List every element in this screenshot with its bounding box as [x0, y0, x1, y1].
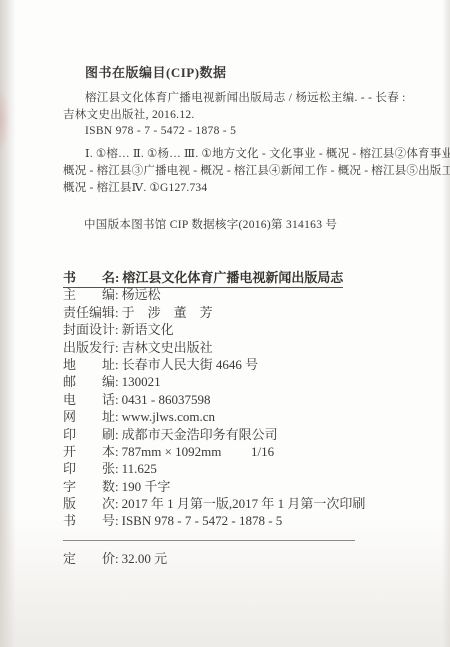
cip-classification-line: 概况 - 榕江县Ⅳ. ①G127.734 — [63, 180, 450, 197]
row-label: 书名 — [63, 269, 115, 286]
row-colon: : — [115, 322, 119, 337]
row-label: 印张 — [63, 460, 115, 477]
row-label: 封面设计 — [63, 321, 115, 338]
scan-artifact — [0, 85, 10, 155]
row-format-fraction: 1/16 — [251, 443, 274, 460]
cip-record-line: 榕江县文化体育广播电视新闻出版局志 / 杨远松主编. - - 长春 : — [63, 90, 406, 107]
colophon-row-editor: 主编:杨远松 — [63, 286, 365, 303]
row-label: 版次 — [63, 495, 115, 512]
colophon-row-price: 定价:32.00 元 — [63, 550, 167, 567]
row-label: 责任编辑 — [63, 304, 115, 321]
row-label: 地址 — [63, 356, 115, 373]
book-title-value: 榕江县文化体育广播电视新闻出版局志 — [122, 270, 343, 285]
cip-classification: Ⅰ. ①榕… Ⅱ. ①杨… Ⅲ. ①地方文化 - 文化事业 - 概况 - 榕江县… — [63, 146, 450, 198]
row-colon: : — [115, 392, 119, 407]
row-colon: : — [115, 461, 119, 476]
row-value: www.jlws.com.cn — [122, 409, 215, 424]
row-label: 网址 — [63, 408, 115, 425]
colophon-row-wordcount: 字数:190 千字 — [63, 478, 365, 495]
colophon-row-book-title: 书名:榕江县文化体育广播电视新闻出版局志 — [63, 269, 365, 286]
scan-shadow-bottom — [0, 517, 450, 647]
row-colon: : — [115, 287, 119, 302]
row-colon: : — [115, 444, 119, 459]
cip-registry-note: 中国版本图书馆 CIP 数据核字(2016)第 314163 号 — [84, 216, 337, 232]
colophon-row-format: 开本:787mm × 1092mm1/16 — [63, 443, 365, 460]
row-label: 电话 — [63, 391, 115, 408]
row-colon: : — [115, 551, 119, 566]
colophon-row-phone: 电话:0431 - 86037598 — [63, 391, 365, 408]
row-label: 字数 — [63, 478, 115, 495]
row-label: 印刷 — [63, 426, 115, 443]
row-label: 主编 — [63, 286, 115, 303]
row-colon: : — [115, 270, 119, 285]
colophon-row-publisher: 出版发行:吉林文史出版社 — [63, 339, 365, 356]
row-label: 定价 — [63, 550, 115, 567]
row-value: 787mm × 1092mm — [122, 444, 222, 459]
colophon-row-address: 地址:长春市人民大街 4646 号 — [63, 356, 365, 373]
price-divider-line — [63, 540, 355, 541]
cip-isbn-line: ISBN 978 - 7 - 5472 - 1878 - 5 — [63, 123, 406, 140]
row-value: 32.00 元 — [122, 551, 168, 566]
cip-heading: 图书在版编目(CIP)数据 — [85, 62, 227, 81]
row-value: 吉林文史出版社 — [122, 340, 213, 355]
row-value: 成都市天金浩印务有限公司 — [122, 427, 278, 442]
colophon-row-printer: 印刷:成都市天金浩印务有限公司 — [63, 426, 365, 443]
row-colon: : — [115, 513, 119, 528]
row-label: 开本 — [63, 443, 115, 460]
colophon-row-postcode: 邮编:130021 — [63, 373, 365, 390]
row-value: 0431 - 86037598 — [122, 392, 211, 407]
colophon-row-edition: 版次:2017 年 1 月第一版,2017 年 1 月第一次印刷 — [63, 495, 365, 512]
cip-classification-line: 概况 - 榕江县③广播电视 - 概况 - 榕江县④新闻工作 - 概况 - 榕江县… — [63, 163, 450, 180]
row-colon: : — [115, 340, 119, 355]
row-value: 130021 — [122, 374, 161, 389]
row-colon: : — [115, 357, 119, 372]
colophon-row-responsible-editors: 责任编辑:于 涉 董 芳 — [63, 304, 365, 321]
row-value: ISBN 978 - 7 - 5472 - 1878 - 5 — [122, 513, 283, 528]
row-value: 2017 年 1 月第一版,2017 年 1 月第一次印刷 — [122, 496, 366, 511]
row-value: 11.625 — [122, 461, 157, 476]
copyright-page: 图书在版编目(CIP)数据 榕江县文化体育广播电视新闻出版局志 / 杨远松主编.… — [0, 0, 450, 647]
colophon-row-sheets: 印张:11.625 — [63, 460, 365, 477]
colophon-row-isbn: 书号:ISBN 978 - 7 - 5472 - 1878 - 5 — [63, 512, 365, 529]
row-value: 新语文化 — [122, 322, 174, 337]
cip-classification-line: Ⅰ. ①榕… Ⅱ. ①杨… Ⅲ. ①地方文化 - 文化事业 - 概况 - 榕江县… — [63, 146, 450, 163]
row-colon: : — [115, 479, 119, 494]
row-value: 190 千字 — [122, 479, 171, 494]
row-colon: : — [115, 427, 119, 442]
row-label: 邮编 — [63, 373, 115, 390]
colophon-block: 书名:榕江县文化体育广播电视新闻出版局志 主编:杨远松 责任编辑:于 涉 董 芳… — [63, 269, 365, 530]
row-value: 杨远松 — [122, 287, 161, 302]
row-colon: : — [115, 305, 119, 320]
row-colon: : — [115, 409, 119, 424]
colophon-row-website: 网址:www.jlws.com.cn — [63, 408, 365, 425]
cip-record-line: 吉林文史出版社, 2016.12. — [63, 107, 406, 124]
colophon-row-cover-design: 封面设计:新语文化 — [63, 321, 365, 338]
cip-record: 榕江县文化体育广播电视新闻出版局志 / 杨远松主编. - - 长春 : 吉林文史… — [63, 90, 406, 140]
row-label: 书号 — [63, 512, 115, 529]
row-colon: : — [115, 496, 119, 511]
row-label: 出版发行 — [63, 339, 115, 356]
row-colon: : — [115, 374, 119, 389]
row-value: 长春市人民大街 4646 号 — [122, 357, 259, 372]
row-value: 于 涉 董 芳 — [122, 305, 213, 320]
